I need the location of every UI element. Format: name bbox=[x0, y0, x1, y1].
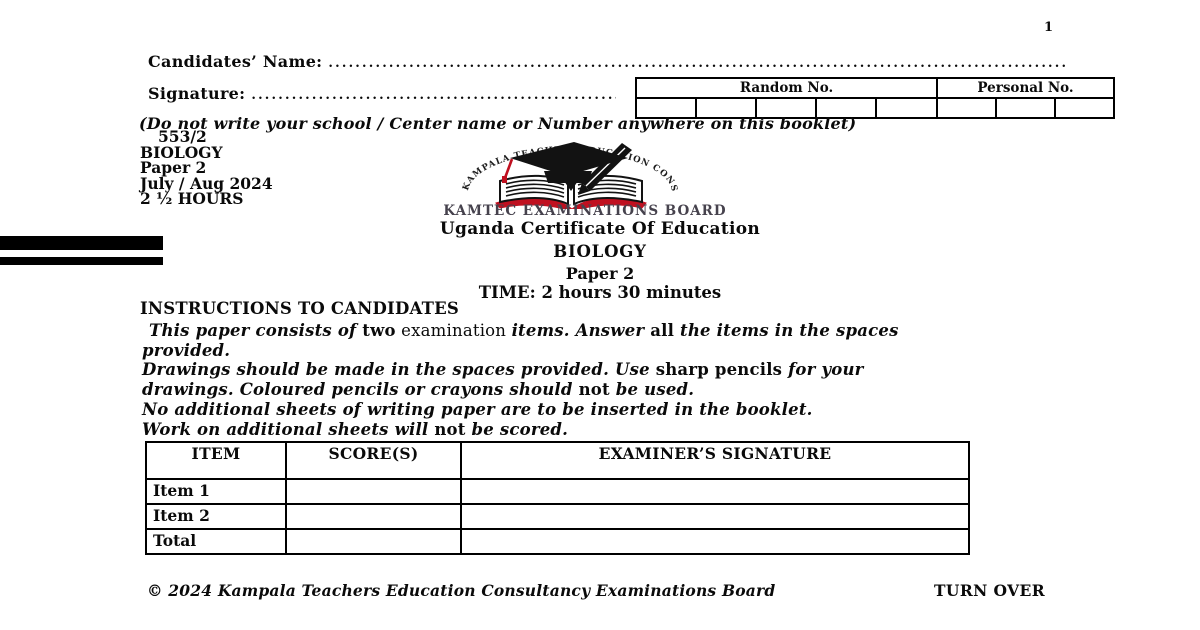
number-boxes-header-row: Random No. Personal No. bbox=[636, 78, 1114, 98]
score-table-header-signature: EXAMINER’S SIGNATURE bbox=[461, 442, 969, 479]
score-table-header-scores: SCORE(S) bbox=[286, 442, 461, 479]
page-number: 1 bbox=[1044, 20, 1053, 35]
instruction-line: Work on additional sheets will not be sc… bbox=[142, 420, 1042, 440]
score-table-header-item: ITEM bbox=[146, 442, 286, 479]
instruction-line: drawings. Coloured pencils or crayons sh… bbox=[142, 380, 1042, 400]
candidates-name-label: Candidates’ Name: bbox=[148, 52, 322, 71]
candidates-name-row: Candidates’ Name: ......................… bbox=[148, 52, 1066, 71]
personal-no-header: Personal No. bbox=[937, 78, 1114, 98]
instruction-line: provided. bbox=[142, 341, 1042, 361]
paper-duration: 2 ½ HOURS bbox=[140, 191, 273, 207]
instruction-line: This paper consists of two examination i… bbox=[142, 321, 1042, 341]
copyright-line: © 2024 Kampala Teachers Education Consul… bbox=[147, 581, 775, 600]
score-cell bbox=[286, 504, 461, 529]
row-label: Item 2 bbox=[146, 504, 286, 529]
candidates-name-dotted-line: ........................................… bbox=[322, 56, 1066, 71]
row-label: Total bbox=[146, 529, 286, 554]
turn-over-label: TURN OVER bbox=[934, 581, 1045, 600]
board-name: KAMTEC EXAMINATIONS BOARD bbox=[420, 203, 750, 219]
personal-no-cell bbox=[996, 98, 1055, 118]
left-margin-bar-thick bbox=[0, 236, 163, 250]
instructions-heading: INSTRUCTIONS TO CANDIDATES bbox=[140, 299, 459, 318]
kamtec-logo: KAMPALA TEACHERS EDUCATION CONSULTANCY bbox=[452, 131, 687, 209]
subject-title: BIOLOGY bbox=[150, 242, 1050, 261]
random-no-cell bbox=[876, 98, 937, 118]
score-cell bbox=[286, 479, 461, 504]
signature-label: Signature: bbox=[148, 84, 245, 103]
score-table-row-item1: Item 1 bbox=[146, 479, 969, 504]
score-table: ITEM SCORE(S) EXAMINER’S SIGNATURE Item … bbox=[145, 441, 970, 555]
signature-dotted-line: ........................................… bbox=[245, 88, 616, 103]
personal-no-cell bbox=[937, 98, 996, 118]
score-table-row-total: Total bbox=[146, 529, 969, 554]
personal-no-cell bbox=[1055, 98, 1114, 118]
left-margin-bar-thin bbox=[0, 257, 163, 265]
signature-cell bbox=[461, 504, 969, 529]
score-table-row-item2: Item 2 bbox=[146, 504, 969, 529]
score-cell bbox=[286, 529, 461, 554]
instructions-body: This paper consists of two examination i… bbox=[142, 321, 1042, 439]
signature-row: Signature: .............................… bbox=[148, 84, 616, 103]
row-label: Item 1 bbox=[146, 479, 286, 504]
signature-cell bbox=[461, 529, 969, 554]
instruction-line: Drawings should be made in the spaces pr… bbox=[142, 360, 1042, 380]
score-table-header-row: ITEM SCORE(S) EXAMINER’S SIGNATURE bbox=[146, 442, 969, 479]
signature-cell bbox=[461, 479, 969, 504]
random-no-header: Random No. bbox=[636, 78, 937, 98]
paper-info-block: 553/2 BIOLOGY Paper 2 July / Aug 2024 2 … bbox=[140, 129, 273, 207]
number-boxes-table: Random No. Personal No. bbox=[635, 77, 1115, 119]
certificate-title: Uganda Certificate Of Education bbox=[150, 219, 1050, 239]
instruction-line: No additional sheets of writing paper ar… bbox=[142, 400, 1042, 420]
paper-title: Paper 2 bbox=[150, 264, 1050, 283]
